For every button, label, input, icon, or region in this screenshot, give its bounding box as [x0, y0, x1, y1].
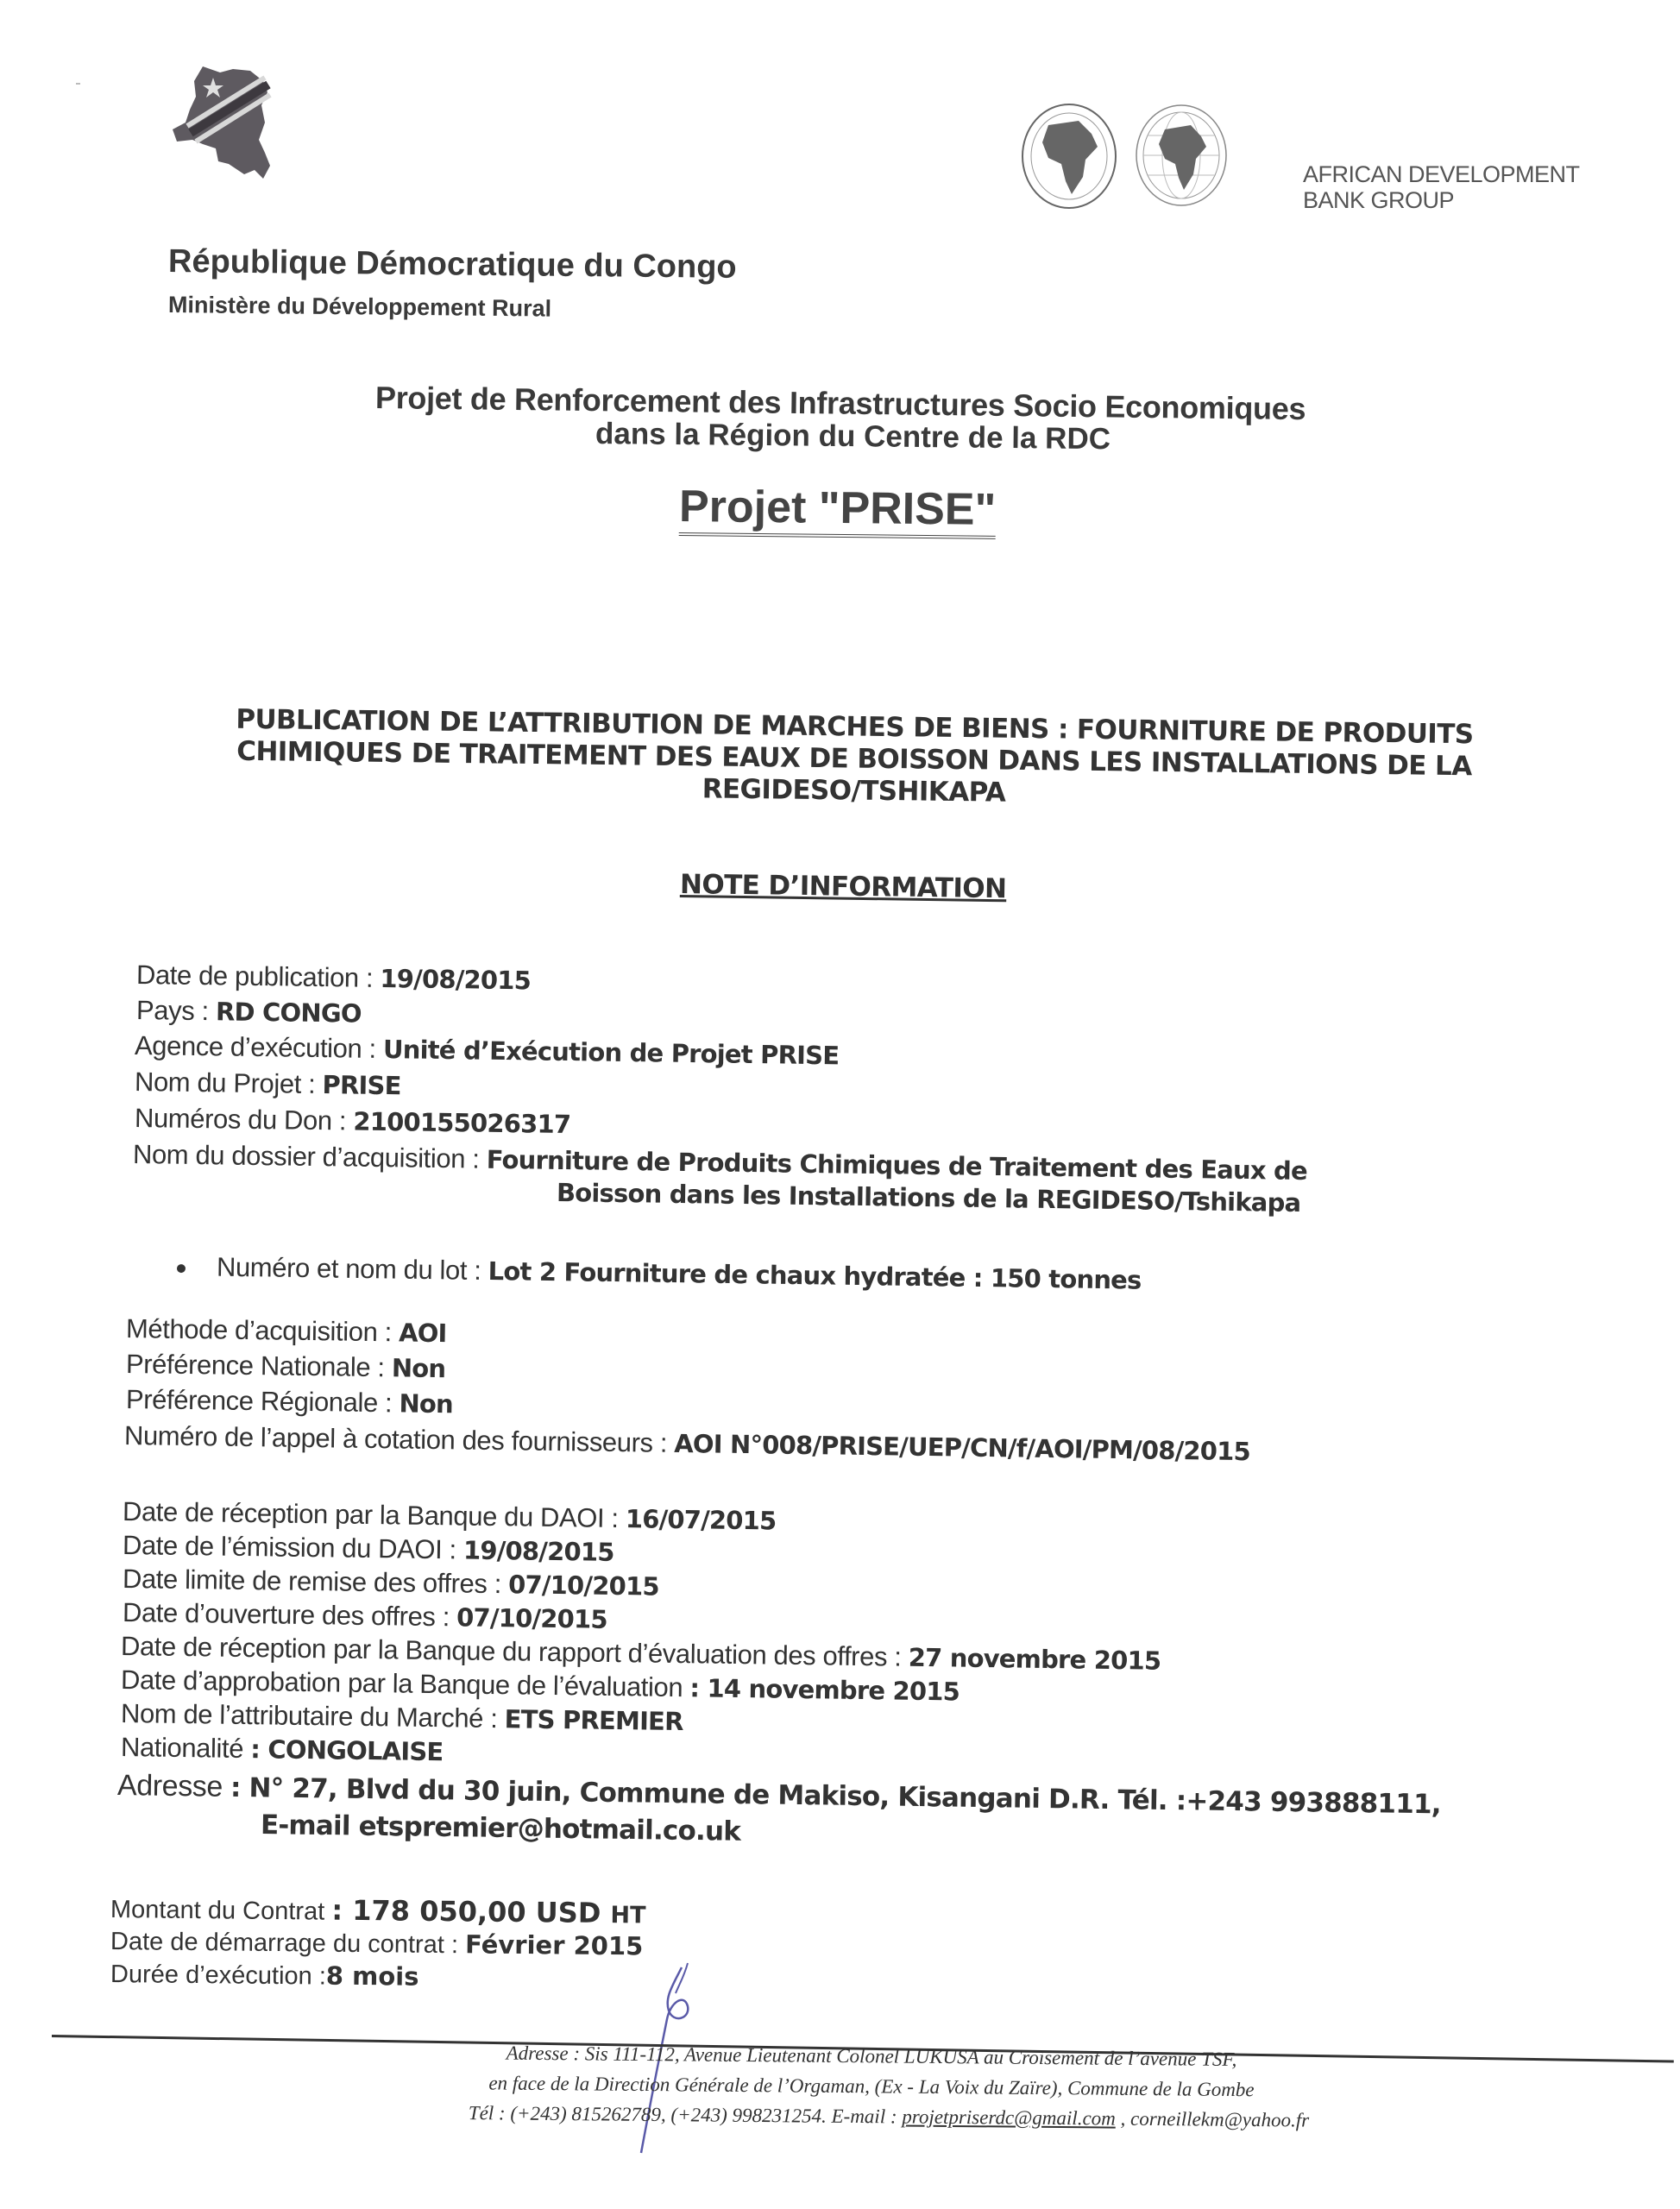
field-value: 07/10/2015	[456, 1602, 607, 1633]
field-value: : 178 050,00 USD	[331, 1894, 611, 1929]
field-date-publication: Date de publication : 19/08/2015	[136, 960, 532, 996]
field-value: 19/08/2015	[380, 964, 531, 995]
field-value: ETS PREMIER	[504, 1704, 683, 1736]
field-date-limite: Date limite de remise des offres : 07/10…	[123, 1564, 659, 1602]
note-title: NOTE D’INFORMATION	[680, 869, 1007, 904]
publication-title: PUBLICATION DE L’ATTRIBUTION DE MARCHES …	[180, 703, 1527, 816]
scan-artifact	[76, 83, 80, 85]
field-label: Numéro et nom du lot :	[217, 1252, 488, 1286]
field-value: AOI N°008/PRISE/UEP/CN/f/AOI/PM/08/2015	[674, 1429, 1250, 1466]
field-label: Agence d’exécution :	[135, 1030, 383, 1064]
field-label: Date de démarrage du contrat :	[110, 1928, 465, 1959]
field-agence: Agence d’exécution : Unité d’Exécution d…	[135, 1030, 840, 1071]
bank-name-line2: BANK GROUP	[1303, 188, 1580, 214]
project-short-title: Projet "PRISE"	[679, 483, 997, 538]
field-label: Nom du dossier d’acquisition :	[133, 1139, 487, 1174]
drc-map-flag-icon	[168, 62, 298, 192]
footer-phone: Tél : (+243) 815262789, (+243) 998231254…	[469, 2102, 903, 2127]
ministry-name: Ministère du Développement Rural	[168, 292, 551, 323]
field-pref-nationale: Préférence Nationale : Non	[126, 1349, 446, 1384]
bank-name-line1: AFRICAN DEVELOPMENT	[1303, 162, 1580, 188]
field-value: 8 mois	[326, 1961, 419, 1992]
afdf-globe-icon	[1130, 97, 1232, 213]
project-heading-line2: dans la Région du Centre de la RDC	[595, 417, 1111, 456]
footer-email2[interactable]: corneillekm@yahoo.fr	[1130, 2108, 1309, 2131]
field-value: Non	[399, 1388, 453, 1419]
field-value: 2100155026317	[353, 1107, 570, 1140]
field-nationalite: Nationalité : CONGOLAISE	[121, 1732, 444, 1767]
field-value: : CONGOLAISE	[250, 1734, 444, 1766]
field-label: Nom de l’attributaire du Marché :	[121, 1698, 505, 1734]
field-label: Méthode d’acquisition :	[126, 1313, 400, 1347]
footer-address-line1: Adresse : Sis 111-112, Avenue Lieutenant…	[345, 2041, 1398, 2073]
field-numero-don: Numéros du Don : 2100155026317	[135, 1103, 571, 1140]
field-attributaire: Nom de l’attributaire du Marché : ETS PR…	[121, 1698, 683, 1737]
field-pref-regionale: Préférence Régionale : Non	[126, 1384, 453, 1419]
bullet-icon	[177, 1264, 186, 1273]
field-date-emission-daoi: Date de l’émission du DAOI : 19/08/2015	[123, 1530, 614, 1568]
field-value: 07/10/2015	[508, 1570, 659, 1601]
field-label: Date limite de remise des offres :	[123, 1564, 509, 1599]
field-label: Préférence Nationale :	[126, 1349, 392, 1382]
field-label: Pays :	[136, 995, 216, 1026]
afdb-seal-icon	[1018, 99, 1120, 213]
field-value: Unité d’Exécution de Projet PRISE	[383, 1035, 840, 1070]
field-value: E-mail etspremier@hotmail.co.uk	[261, 1809, 741, 1847]
field-montant: Montant du Contrat : 178 050,00 USD HT	[110, 1891, 646, 1929]
field-value: AOI	[399, 1318, 447, 1348]
field-label: Date de l’émission du DAOI :	[123, 1530, 463, 1565]
field-numero-appel: Numéro de l’appel à cotation des fournis…	[124, 1420, 1250, 1467]
field-demarrage: Date de démarrage du contrat : Février 2…	[110, 1926, 644, 1961]
field-lot: Numéro et nom du lot : Lot 2 Fourniture …	[177, 1251, 1142, 1296]
field-date-ouverture: Date d’ouverture des offres : 07/10/2015	[123, 1597, 607, 1635]
field-value: PRISE	[322, 1070, 401, 1100]
footer-contact-line: Tél : (+243) 815262789, (+243) 998231254…	[362, 2101, 1415, 2133]
country-name: République Démocratique du Congo	[168, 243, 737, 286]
field-label: Date d’ouverture des offres :	[123, 1597, 457, 1632]
footer-separator: ,	[1116, 2108, 1130, 2130]
field-value: 16/07/2015	[626, 1504, 777, 1535]
field-pays: Pays : RD CONGO	[136, 995, 362, 1029]
field-label: Adresse	[117, 1769, 231, 1803]
bank-name: AFRICAN DEVELOPMENT BANK GROUP	[1303, 162, 1580, 213]
field-value: 27 novembre 2015	[908, 1643, 1161, 1676]
field-label: Numéro de l’appel à cotation des fournis…	[124, 1420, 675, 1458]
field-value: : 14 novembre 2015	[689, 1673, 960, 1706]
field-label: Préférence Régionale :	[126, 1384, 400, 1418]
field-value: Lot 2 Fourniture de chaux hydratée : 150…	[488, 1256, 1141, 1295]
field-label: Date de réception par la Banque du DAOI …	[123, 1496, 626, 1533]
field-label: Nom du Projet :	[135, 1067, 323, 1099]
footer-email-link[interactable]: projetpriserdc@gmail.com	[902, 2105, 1116, 2129]
field-adresse-email: E-mail etspremier@hotmail.co.uk	[261, 1809, 741, 1847]
field-value: Non	[392, 1353, 446, 1383]
field-value-suffix: HT	[610, 1902, 645, 1929]
footer-address-line2: en face de la Direction Générale de l’Or…	[345, 2071, 1398, 2103]
field-label: Date d’approbation par la Banque de l’év…	[121, 1665, 690, 1702]
field-value: RD CONGO	[216, 997, 362, 1028]
field-nom-projet: Nom du Projet : PRISE	[135, 1067, 401, 1101]
field-label: Numéros du Don :	[135, 1103, 354, 1136]
field-methode: Méthode d’acquisition : AOI	[126, 1313, 447, 1349]
field-value: Février 2015	[465, 1929, 644, 1960]
field-date-reception-daoi: Date de réception par la Banque du DAOI …	[123, 1496, 777, 1537]
field-duree: Durée d’exécution :8 mois	[110, 1959, 419, 1992]
field-label: Montant du Contrat	[110, 1896, 332, 1926]
field-label: Durée d’exécution :	[110, 1960, 326, 1991]
field-label: Nationalité	[121, 1732, 251, 1764]
field-value: 19/08/2015	[463, 1536, 614, 1567]
field-label: Date de publication :	[136, 960, 381, 993]
